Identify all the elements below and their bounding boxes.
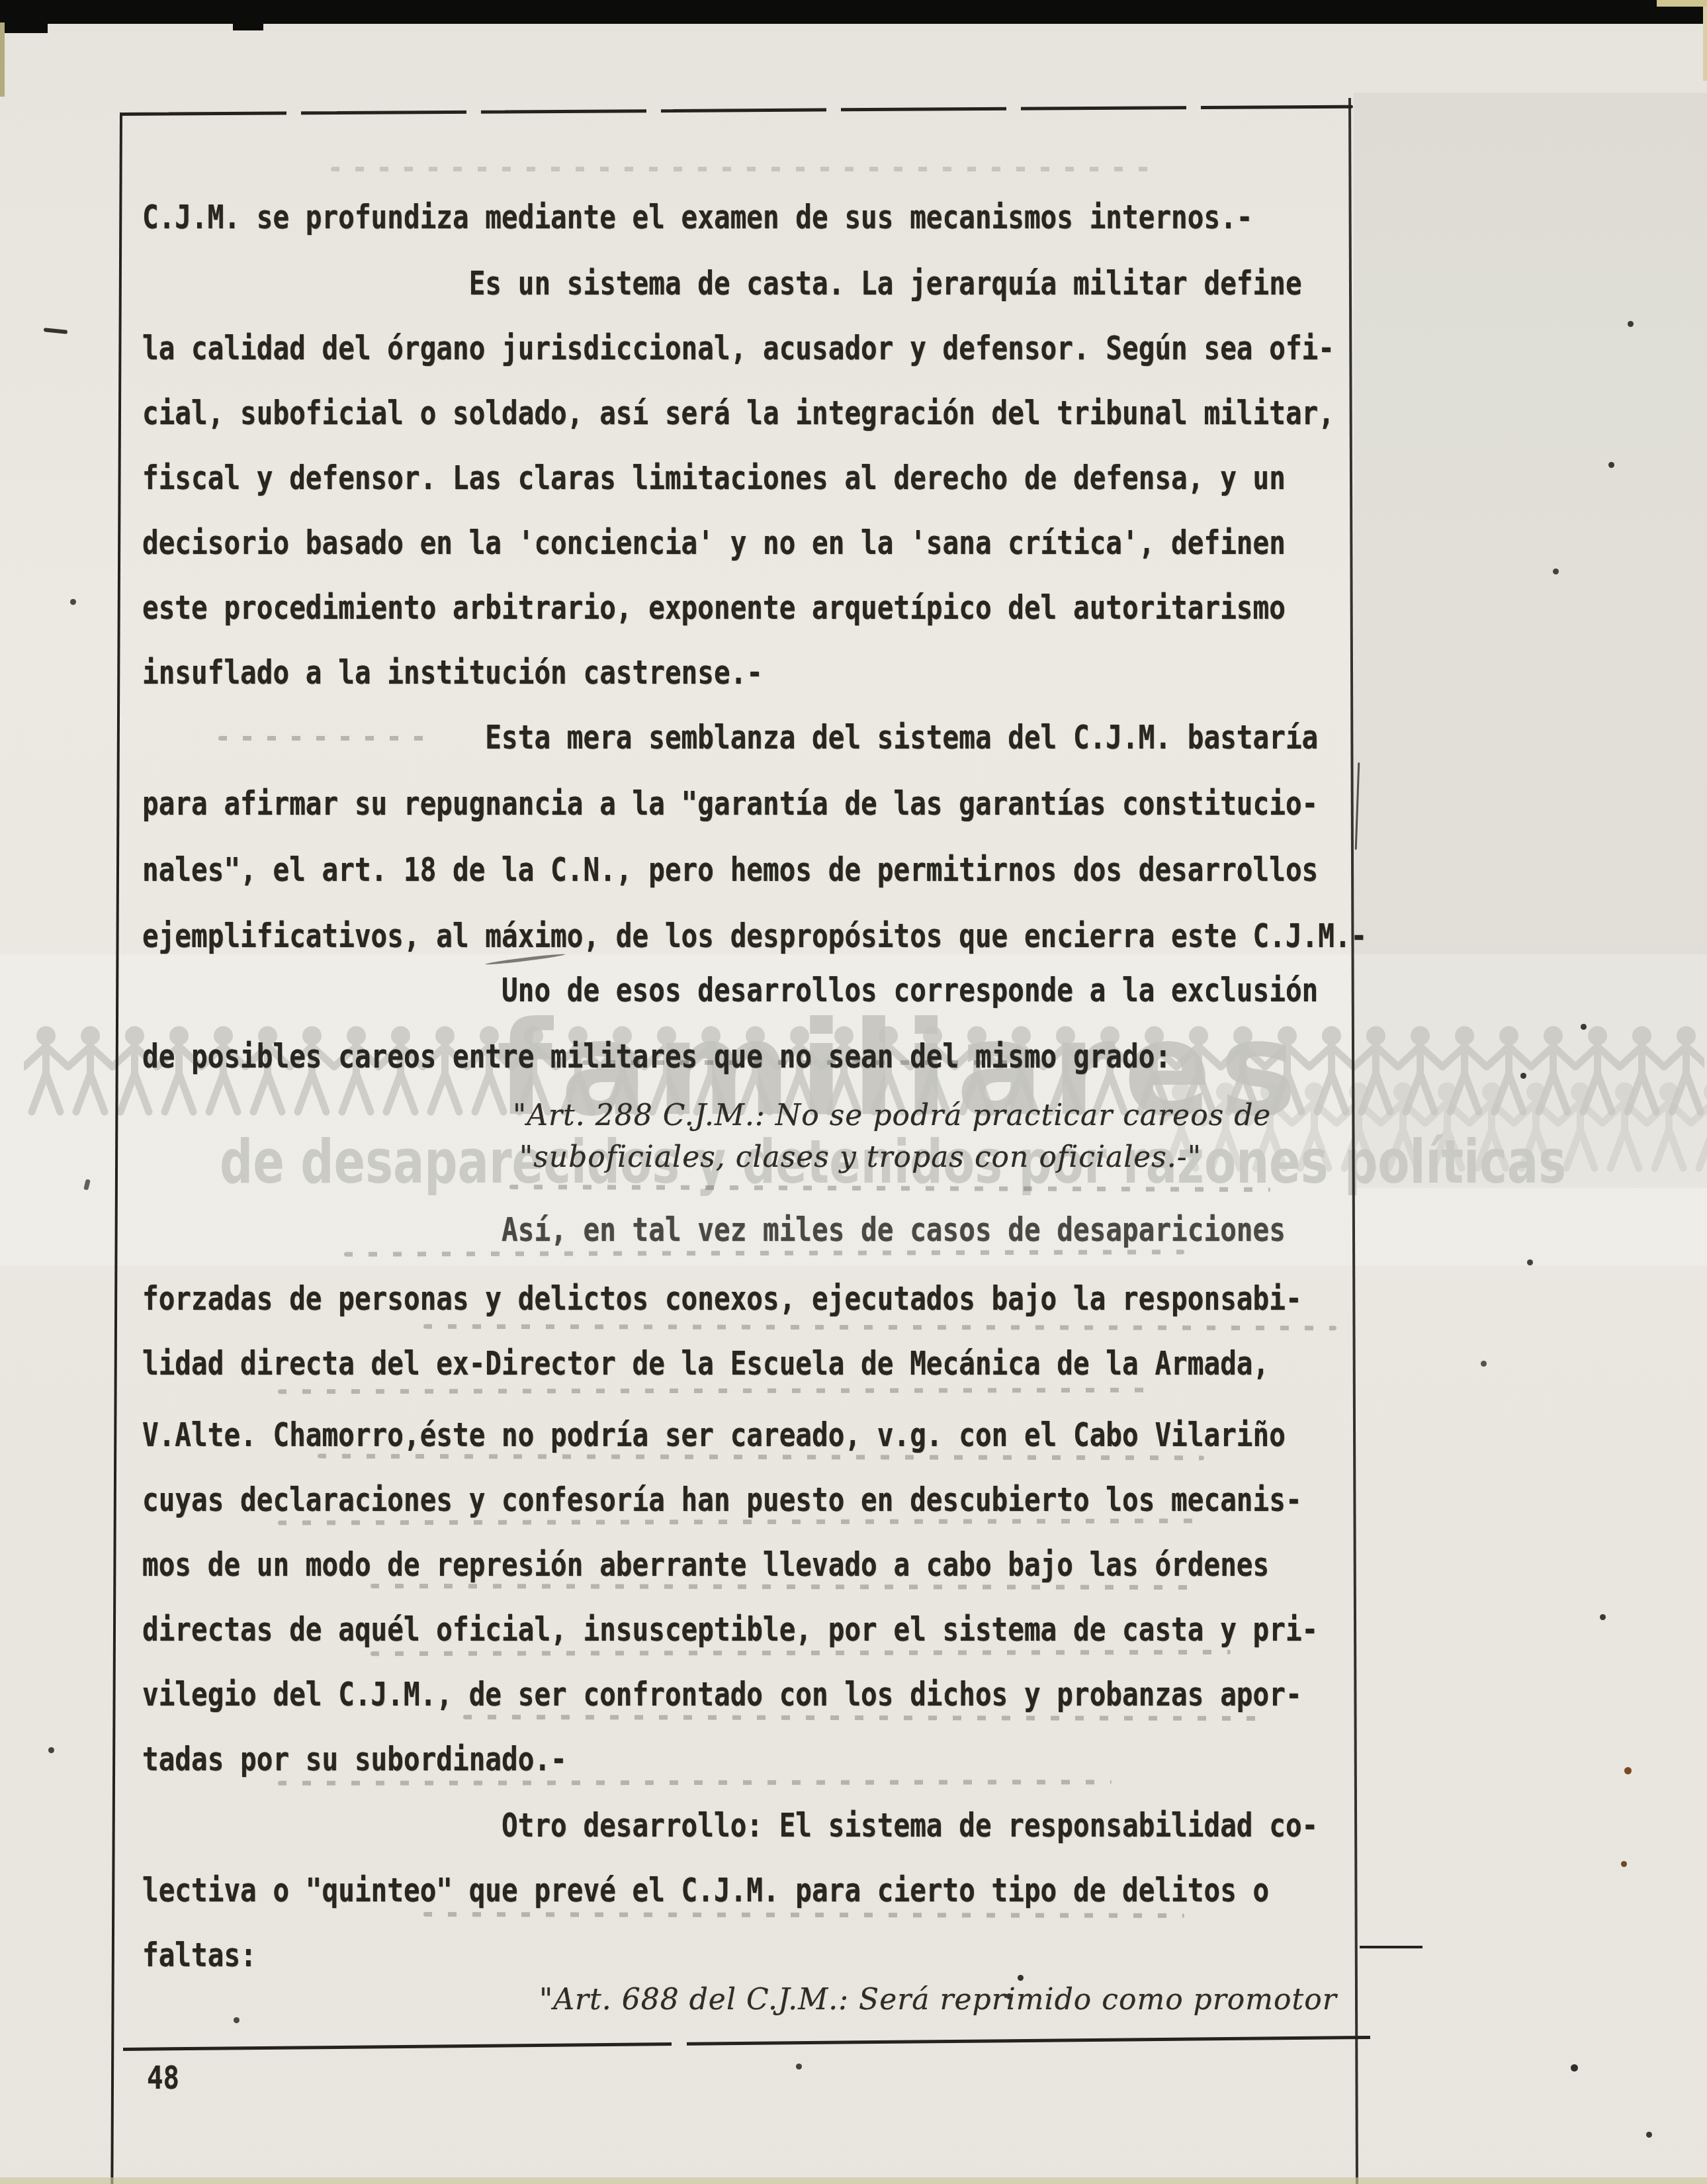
ink-ghost-row bbox=[582, 1060, 1019, 1065]
scan-edge-strip bbox=[0, 2177, 1707, 2184]
margin-dash-mark bbox=[44, 328, 67, 334]
ink-ghost-row bbox=[423, 1912, 1184, 1918]
typewritten-line: decisorio basado en la 'conciencia' y no… bbox=[142, 525, 1286, 561]
typewritten-line: de posibles careos entre militares que n… bbox=[142, 1038, 1171, 1075]
ink-ghost-row bbox=[278, 1388, 1158, 1394]
ink-ghost-row bbox=[278, 1780, 1112, 1786]
typewritten-line: C.J.M. se profundiza mediante el examen … bbox=[142, 199, 1253, 236]
typewritten-line: ejemplificativos, al máximo, de los desp… bbox=[142, 918, 1367, 954]
script-quote-line: "Art. 688 del C.J.M.: Será reprimido com… bbox=[539, 1984, 1337, 2016]
script-quote-line: "suboficiales, clases y tropas con ofici… bbox=[519, 1142, 1202, 1173]
typewritten-line: cial, suboficial o soldado, así será la … bbox=[142, 395, 1335, 432]
typewritten-line: Es un sistema de casta. La jerarquía mil… bbox=[142, 265, 1302, 302]
ink-ghost-row bbox=[218, 736, 430, 741]
typewritten-line: lidad directa del ex-Director de la Escu… bbox=[142, 1345, 1269, 1382]
ink-ghost-row bbox=[371, 1584, 1198, 1590]
typewritten-line: para afirmar su repugnancia a la "garant… bbox=[142, 786, 1318, 822]
typewritten-line: nales", el art. 18 de la C.N., pero hemo… bbox=[142, 852, 1318, 888]
scan-edge-corner bbox=[0, 0, 48, 33]
typewritten-line: vilegio del C.J.M., de ser confrontado c… bbox=[142, 1676, 1302, 1713]
margin-dash-mark bbox=[1360, 1946, 1422, 1948]
typewritten-line: mos de un modo de represión aberrante ll… bbox=[142, 1547, 1269, 1583]
script-quote-line: "Art. 288 C.J.M.: No se podrá practicar … bbox=[513, 1100, 1271, 1132]
typewritten-line: la calidad del órgano jurisdiccional, ac… bbox=[142, 330, 1335, 367]
ink-ghost-row bbox=[278, 1519, 1204, 1525]
typewritten-line: Así, en tal vez miles de casos de desapa… bbox=[142, 1212, 1286, 1248]
ink-ghost-row bbox=[318, 1454, 1204, 1461]
scanned-document-page: familiares de desaparecidos y detenidos … bbox=[0, 0, 1707, 2184]
footer-rule bbox=[123, 2036, 1370, 2051]
frame-top-rule bbox=[121, 105, 1353, 116]
scan-edge-notch bbox=[1657, 0, 1707, 7]
typewritten-line: cuyas declaraciones y confesoría han pue… bbox=[142, 1482, 1302, 1518]
typewritten-line: fiscal y defensor. Las claras limitacion… bbox=[142, 460, 1286, 496]
scan-edge-strip bbox=[0, 23, 5, 97]
ink-ghost-row bbox=[331, 167, 1151, 171]
typewritten-line: directas de aquél oficial, insusceptible… bbox=[142, 1612, 1318, 1648]
typewritten-line: V.Alte. Chamorro,éste no podría ser care… bbox=[142, 1417, 1286, 1453]
typewritten-line: forzadas de personas y delictos conexos,… bbox=[142, 1281, 1302, 1317]
ink-ghost-row bbox=[371, 1650, 1231, 1656]
typewritten-line: este procedimiento arbitrario, exponente… bbox=[142, 590, 1286, 626]
ink-ghost-row bbox=[463, 1715, 1257, 1721]
typewritten-line: lectiva o "quinteo" que prevé el C.J.M. … bbox=[142, 1872, 1269, 1909]
typewritten-line: Uno de esos desarrollos corresponde a la… bbox=[142, 972, 1318, 1009]
typewritten-line: tadas por su subordinado.- bbox=[142, 1741, 567, 1778]
typewritten-line: insuflado a la institución castrense.- bbox=[142, 655, 763, 691]
scan-edge-strip bbox=[1703, 0, 1707, 81]
typewritten-line: faltas: bbox=[142, 1937, 257, 1974]
typewritten-line: Otro desarrollo: El sistema de responsab… bbox=[142, 1807, 1318, 1844]
ink-ghost-row bbox=[423, 1324, 1336, 1330]
page-number: 48 bbox=[147, 2060, 179, 2097]
scan-edge-tab bbox=[233, 20, 263, 30]
